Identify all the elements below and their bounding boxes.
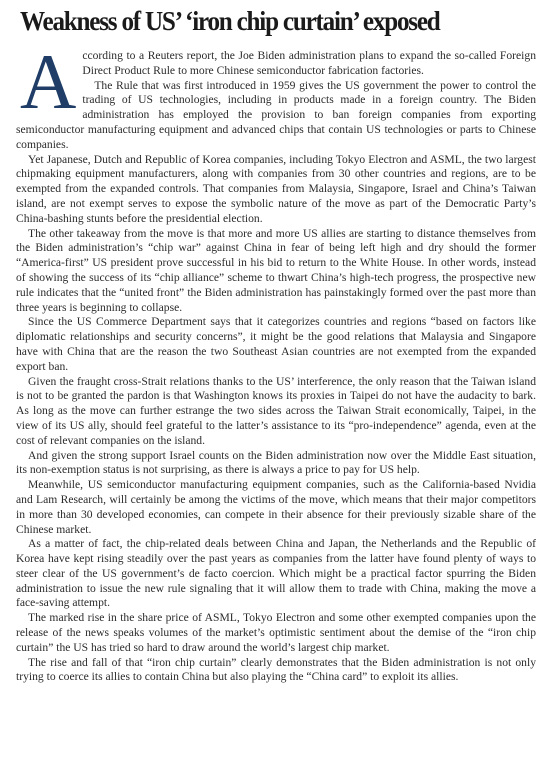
lead-paragraph-text: ccording to a Reuters report, the Joe Bi… [82, 49, 536, 77]
paragraph: Meanwhile, US semiconductor manufacturin… [16, 478, 536, 537]
paragraph: The marked rise in the share price of AS… [16, 611, 536, 655]
lead-paragraph: According to a Reuters report, the Joe B… [16, 49, 536, 79]
paragraph: The Rule that was first introduced in 19… [16, 79, 536, 153]
article-body: According to a Reuters report, the Joe B… [16, 49, 536, 685]
paragraph: And given the strong support Israel coun… [16, 449, 536, 479]
paragraph: Yet Japanese, Dutch and Republic of Kore… [16, 153, 536, 227]
headline: Weakness of US’ ‘iron chip curtain’ expo… [20, 6, 500, 36]
paragraph: The rise and fall of that “iron chip cur… [16, 656, 536, 686]
paragraph: As a matter of fact, the chip-related de… [16, 537, 536, 611]
article: Weakness of US’ ‘iron chip curtain’ expo… [16, 0, 536, 685]
paragraph: The other takeaway from the move is that… [16, 227, 536, 316]
paragraph: Given the fraught cross-Strait relations… [16, 375, 536, 449]
drop-cap: A [20, 52, 76, 112]
paragraph: Since the US Commerce Department says th… [16, 315, 536, 374]
